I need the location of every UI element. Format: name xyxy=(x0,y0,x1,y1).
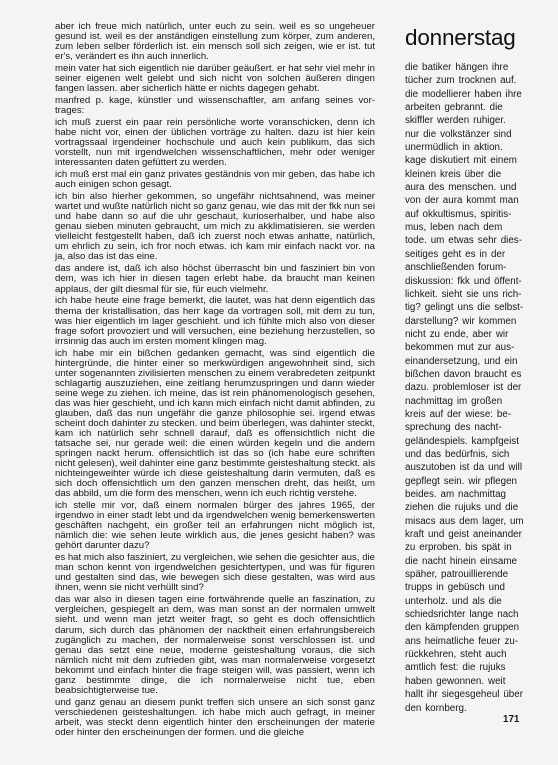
text-line: nachmittag im großen xyxy=(405,395,523,408)
text-line: gepflegt sein. wir pflegen xyxy=(405,475,523,488)
text-line: die batiker hängen ihre xyxy=(405,61,523,74)
paragraph: ich stelle mir vor, daß einem normalen b… xyxy=(55,501,375,551)
text-line: bekommen mut zur aus- xyxy=(405,341,523,354)
text-line: tücher zum trocknen auf. xyxy=(405,74,523,87)
text-line: den kornberg. xyxy=(405,702,523,715)
text-line: darstellung? wir kommen xyxy=(405,315,523,328)
text-line: kraft und geist aneinander xyxy=(405,528,523,541)
text-line: bißchen davon braucht es xyxy=(405,368,523,381)
paragraph: das andere ist, daß ich also höchst über… xyxy=(55,264,375,294)
paragraph: ich habe heute eine frage bemerkt, die l… xyxy=(55,296,375,346)
text-line: mus, leben nach dem xyxy=(405,221,523,234)
text-line: unermüdlich in aktion. xyxy=(405,141,523,154)
paragraph: manfred p. kage, künstler und wissenscha… xyxy=(55,96,375,116)
text-line: trupps in gebüsch und xyxy=(405,581,523,594)
text-line: nur die volkstänzer sind xyxy=(405,128,523,141)
text-line: misacs aus dem lager, um xyxy=(405,515,523,528)
paragraph: aber ich freue mich natürlich, unter euc… xyxy=(55,22,375,62)
text-line: beides. am nachmittag xyxy=(405,488,523,501)
text-line: zu erproben. bis spät in xyxy=(405,541,523,554)
text-line: lichkeit. sieht sie uns rich- xyxy=(405,288,523,301)
text-line: arbeiten gebrannt. die xyxy=(405,101,523,114)
text-line: von der aura kommt man xyxy=(405,194,523,207)
text-line: hallt ihr siegesgeheul über xyxy=(405,688,523,701)
text-line: kreis auf der wiese: be- xyxy=(405,408,523,421)
text-line: nicht zu ende, aber wir xyxy=(405,328,523,341)
text-line: skiffler werden ruhiger. xyxy=(405,114,523,127)
text-line: auf okkultismus, spiritis- xyxy=(405,208,523,221)
paragraph: mein vater hat sich eigentlich nie darüb… xyxy=(55,64,375,94)
text-line: einandersetzung, und ein xyxy=(405,355,523,368)
text-line: unterholz. und als die xyxy=(405,595,523,608)
text-line: die nacht hinein einsame xyxy=(405,555,523,568)
text-line: die modellierer haben ihre xyxy=(405,88,523,101)
text-line: ans heimatliche feuer zu- xyxy=(405,635,523,648)
section-title: donnerstag xyxy=(405,26,523,50)
text-line: tig? gelingt uns die selbst- xyxy=(405,301,523,314)
text-line: rückkehren, steht auch xyxy=(405,648,523,661)
main-text-column: aber ich freue mich natürlich, unter euc… xyxy=(55,22,375,740)
paragraph: das war also in diesen tagen eine fortwä… xyxy=(55,595,375,695)
paragraph: ich bin also hierher gekommen, so ungefä… xyxy=(55,192,375,262)
text-line: anschließenden forum- xyxy=(405,261,523,274)
text-line: und das bedürfnis, sich xyxy=(405,448,523,461)
sidebar-text: die batiker hängen ihretücher zum trockn… xyxy=(405,61,523,715)
text-line: sprechung des nacht- xyxy=(405,421,523,434)
text-line: den kämpfenden gruppen xyxy=(405,621,523,634)
text-line: tode. um etwas sehr dies- xyxy=(405,234,523,247)
paragraph: ich habe mir ein bißchen gedanken gemach… xyxy=(55,349,375,500)
text-line: späher, patrouillierende xyxy=(405,568,523,581)
text-line: ziehen die rujuks und die xyxy=(405,501,523,514)
text-line: diskussion: fkk und öffent- xyxy=(405,275,523,288)
sidebar-column: donnerstag die batiker hängen ihretücher… xyxy=(405,26,523,715)
paragraph: ich muß zuerst ein paar rein persönliche… xyxy=(55,118,375,168)
paragraph: und ganz genau an diesem punkt treffen s… xyxy=(55,698,375,738)
text-line: kleinen kreis über die xyxy=(405,168,523,181)
paragraph: es hat mich also fasziniert, zu vergleic… xyxy=(55,553,375,593)
text-line: amtlich fest: die rujuks xyxy=(405,661,523,674)
text-line: aura des menschen. und xyxy=(405,181,523,194)
text-line: haben gewonnen. weit xyxy=(405,675,523,688)
text-line: auszutoben ist da und will xyxy=(405,461,523,474)
text-line: geländespiels. kampfgeist xyxy=(405,435,523,448)
page-number: 171 xyxy=(503,714,519,725)
paragraph: ich muß erst mal ein ganz privates gestä… xyxy=(55,170,375,190)
text-line: dazu. problemloser ist der xyxy=(405,381,523,394)
text-line: seitiges geht es in der xyxy=(405,248,523,261)
text-line: schiedsrichter lange nach xyxy=(405,608,523,621)
text-line: kage diskutiert mit einem xyxy=(405,154,523,167)
